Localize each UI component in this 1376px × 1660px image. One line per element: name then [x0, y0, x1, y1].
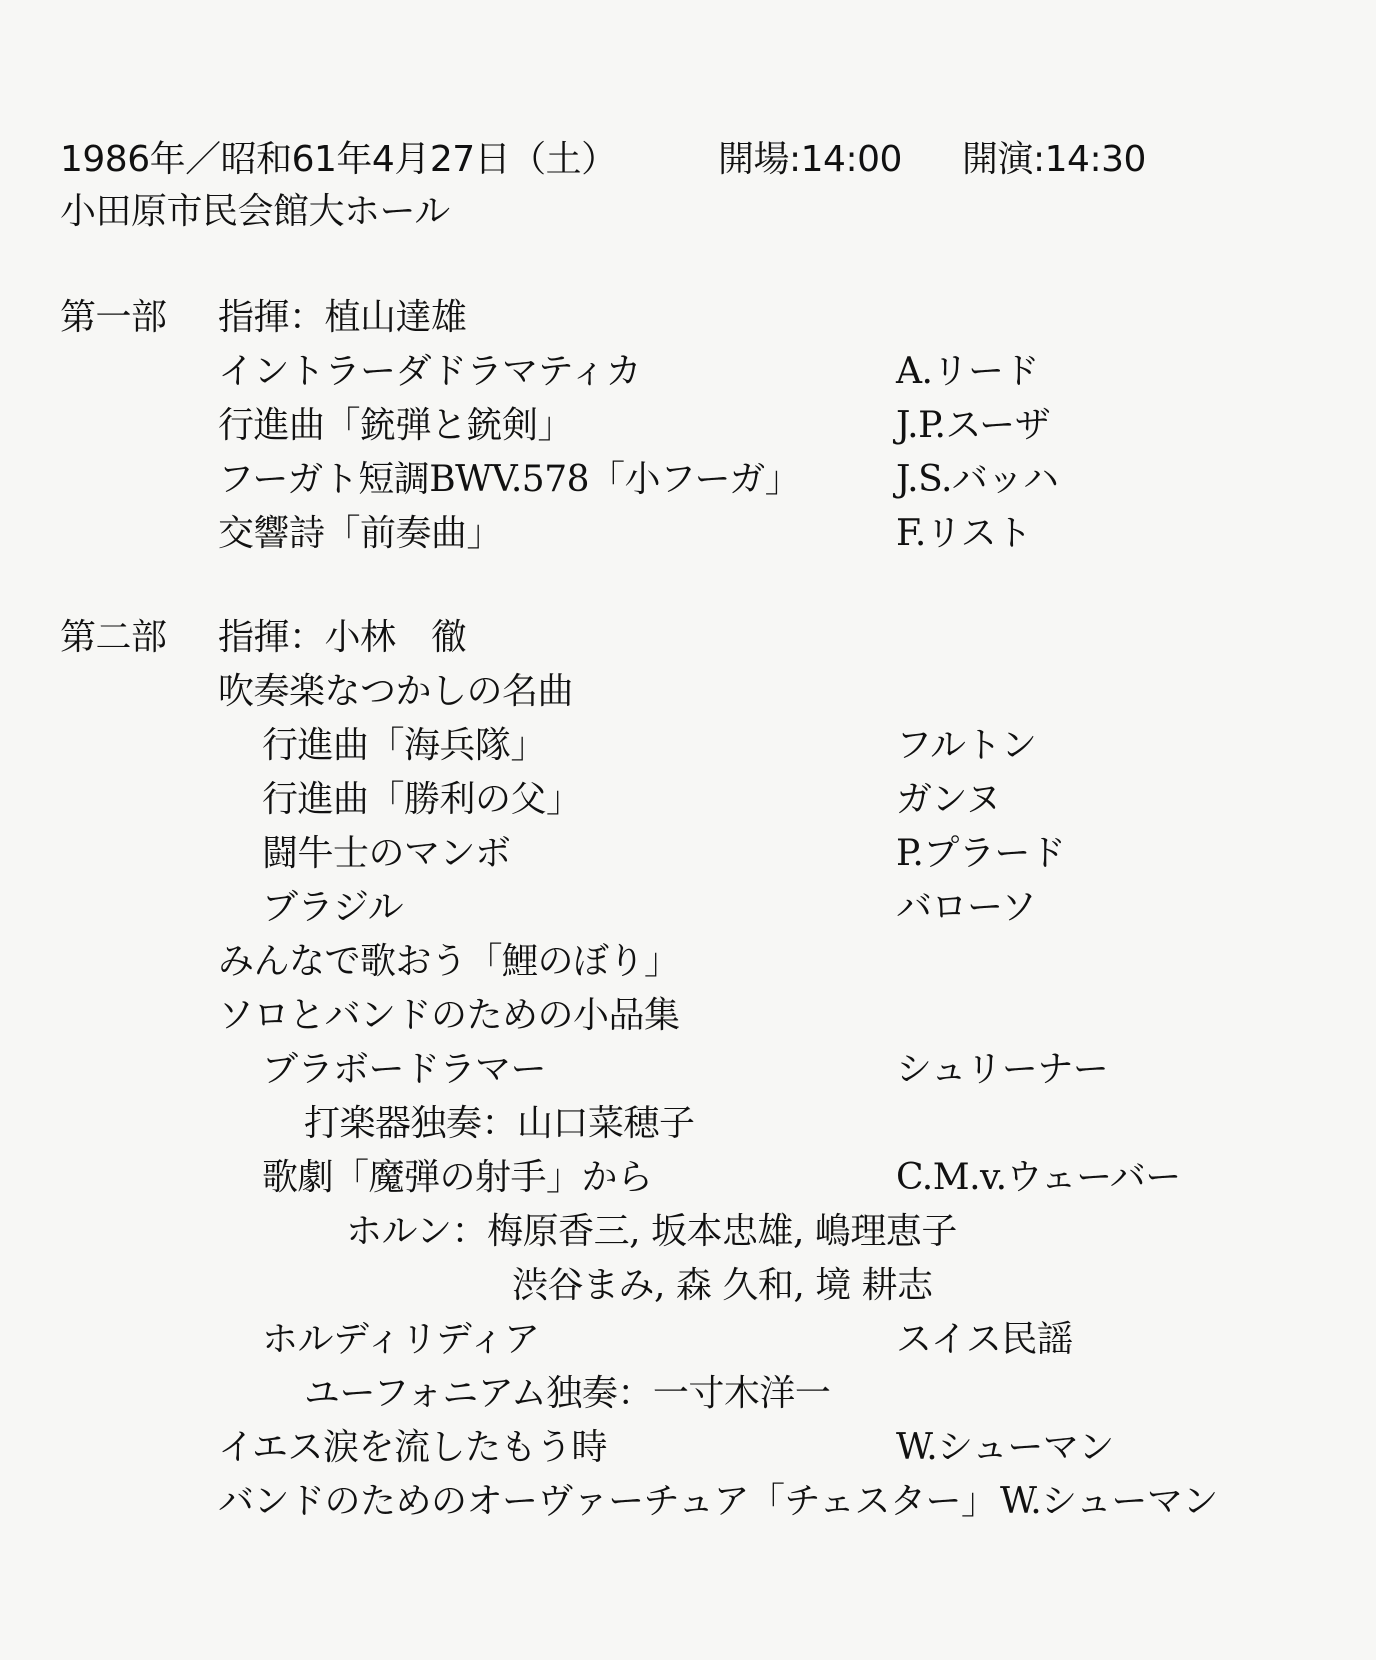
- concert-program-page: 1986年／昭和61年4月27日（土） 開場:14:00 開演:14:30 小田…: [0, 0, 1376, 1660]
- soloist: ホルン：梅原香三, 坂本忠雄, 嶋理恵子: [346, 1210, 957, 1254]
- part1-conductor: 指揮：植山達雄: [218, 296, 467, 340]
- solo-set-title: ソロとバンドのための小品集: [218, 994, 680, 1038]
- piece-composer: F.リスト: [896, 512, 1032, 556]
- piece-title: バンドのためのオーヴァーチュア「チェスター」: [218, 1480, 996, 1524]
- piece-composer: バローソ: [896, 886, 1037, 930]
- concert-date: 1986年／昭和61年4月27日（土）: [60, 138, 617, 182]
- piece-title: フーガト短調BWV.578「小フーガ」: [218, 458, 800, 502]
- piece-composer: ガンヌ: [896, 778, 1001, 822]
- soloist: 打楽器独奏：山口菜穂子: [304, 1102, 695, 1146]
- soloist: ユーフォニアム独奏：一寸木洋一: [304, 1372, 830, 1416]
- piece-title: イントラーダドラマティカ: [218, 350, 641, 394]
- piece-title: 行進曲「海兵隊」: [262, 724, 546, 768]
- piece-composer: J.P.スーザ: [896, 404, 1050, 448]
- singalong-title: みんなで歌おう「鯉のぼり」: [218, 940, 680, 984]
- piece-title: ブラボードラマー: [262, 1048, 546, 1092]
- doors-open-time: 開場:14:00: [718, 138, 902, 182]
- piece-title: ブラジル: [262, 886, 403, 930]
- medley-title: 吹奏楽なつかしの名曲: [218, 670, 573, 714]
- piece-composer: C.M.v.ウェーバー: [896, 1156, 1181, 1200]
- soloist-continued: 渋谷まみ, 森 久和, 境 耕志: [512, 1264, 933, 1308]
- piece-composer: W.シューマン: [896, 1426, 1114, 1470]
- venue: 小田原市民会館大ホール: [60, 190, 450, 234]
- piece-composer: スイス民謡: [896, 1318, 1072, 1362]
- piece-composer: W.シューマン: [1000, 1480, 1218, 1524]
- part2-conductor: 指揮：小林 徹: [218, 616, 467, 660]
- piece-title: 行進曲「銃弾と銃剣」: [218, 404, 573, 448]
- part2-label: 第二部: [60, 616, 167, 660]
- piece-title: 歌劇「魔弾の射手」から: [262, 1156, 653, 1200]
- start-time: 開演:14:30: [962, 138, 1146, 182]
- piece-title: 交響詩「前奏曲」: [218, 512, 502, 556]
- piece-title: ホルディリディア: [262, 1318, 540, 1362]
- piece-composer: P.プラード: [896, 832, 1065, 876]
- piece-composer: フルトン: [896, 724, 1037, 768]
- piece-composer: A.リード: [896, 350, 1039, 394]
- piece-composer: シュリーナー: [896, 1048, 1108, 1092]
- piece-title: 行進曲「勝利の父」: [262, 778, 582, 822]
- piece-title: 闘牛士のマンボ: [262, 832, 511, 876]
- piece-composer: J.S.バッハ: [896, 458, 1058, 502]
- part1-label: 第一部: [60, 296, 167, 340]
- piece-title: イエス涙を流したもう時: [218, 1426, 607, 1470]
